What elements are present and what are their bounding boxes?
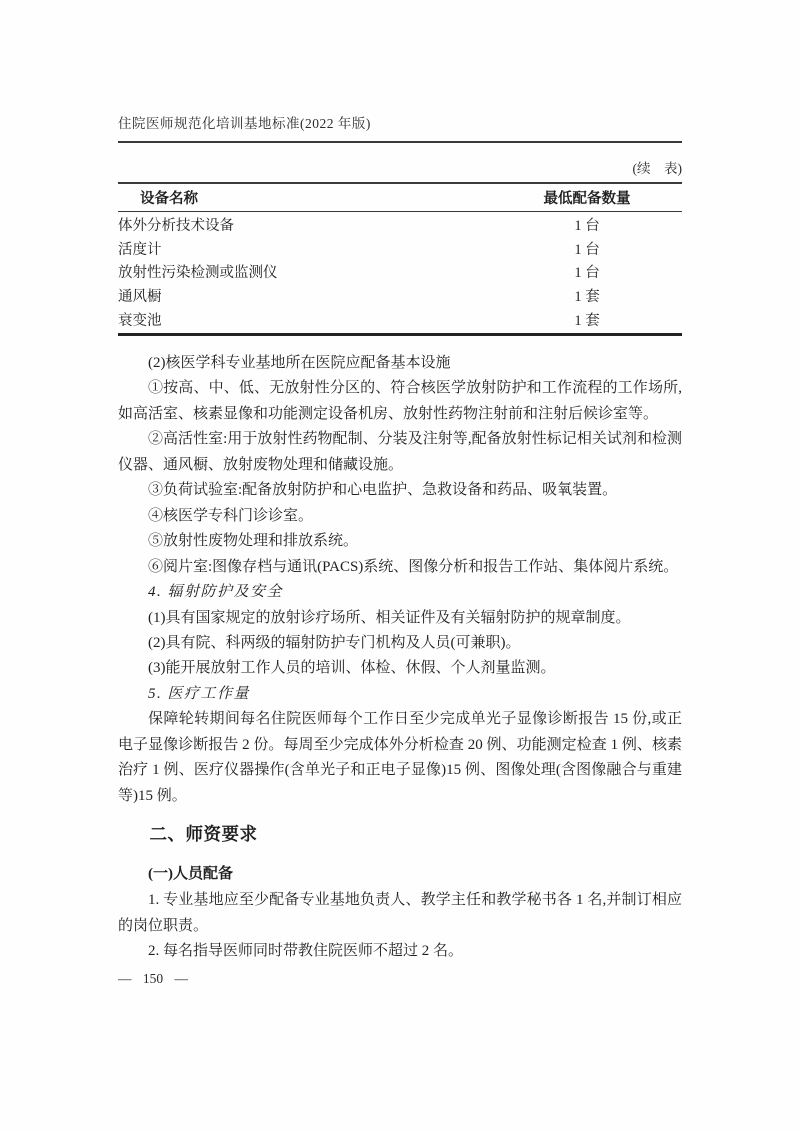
circled-list-item: ③负荷试验室:配备放射防护和心电监护、急救设备和药品、吸氧装置。	[118, 478, 682, 503]
device-name-cell: 活度计	[118, 238, 492, 259]
paragraph: (2)核医学科专业基地所在医院应配备基本设施	[118, 351, 682, 376]
circled-list-item: ⑥阅片室:图像存档与通讯(PACS)系统、图像分析和报告工作站、集体阅片系统。	[118, 555, 682, 580]
column-header-device-name: 设备名称	[118, 187, 492, 208]
table-continuation-note: (续 表)	[633, 157, 683, 177]
circled-list-item: ⑤放射性废物处理和排放系统。	[118, 529, 682, 554]
table-row: 放射性污染检测或监测仪 1 台	[118, 260, 682, 284]
device-quantity-cell: 1 套	[492, 309, 682, 330]
device-name-cell: 衰变池	[118, 309, 492, 330]
section-heading-faculty-requirements: 二、师资要求	[118, 822, 682, 847]
device-quantity-cell: 1 套	[492, 285, 682, 306]
document-page: 住院医师规范化培训基地标准(2022 年版) (续 表) 设备名称 最低配备数量…	[0, 0, 800, 1131]
circled-list-item: ②高活性室:用于放射性药物配制、分装及注射等,配备放射性标记相关试剂和检测仪器、…	[118, 427, 682, 478]
paragraph: 保障轮转期间每名住院医师每个工作日至少完成单光子显像诊断报告 15 份,或正电子…	[118, 707, 682, 809]
circled-list-item: ①按高、中、低、无放射性分区的、符合核医学放射防护和工作流程的工作场所,如高活室…	[118, 376, 682, 427]
table-row: 体外分析技术设备 1 台	[118, 213, 682, 237]
circled-list-item: ④核医学专科门诊诊室。	[118, 504, 682, 529]
equipment-table: 设备名称 最低配备数量 体外分析技术设备 1 台 活度计 1 台 放射性污染检测…	[118, 182, 682, 336]
body-content: (2)核医学科专业基地所在医院应配备基本设施 ①按高、中、低、无放射性分区的、符…	[118, 351, 682, 964]
numbered-list-item: (2)具有院、科两级的辐射防护专门机构及人员(可兼职)。	[118, 631, 682, 656]
device-name-cell: 体外分析技术设备	[118, 214, 492, 235]
numbered-heading-medical-workload: 5. 医疗工作量	[118, 682, 682, 707]
device-name-cell: 通风橱	[118, 285, 492, 306]
numbered-list-item: 2. 每名指导医师同时带教住院医师不超过 2 名。	[118, 939, 682, 964]
device-quantity-cell: 1 台	[492, 238, 682, 259]
device-quantity-cell: 1 台	[492, 214, 682, 235]
numbered-list-item: (3)能开展放射工作人员的培训、体检、休假、个人剂量监测。	[118, 656, 682, 681]
table-row: 衰变池 1 套	[118, 307, 682, 331]
table-header-row: 设备名称 最低配备数量	[118, 184, 682, 212]
running-header: 住院医师规范化培训基地标准(2022 年版)	[118, 112, 682, 143]
column-header-minimum-quantity: 最低配备数量	[492, 187, 682, 208]
numbered-list-item: 1. 专业基地应至少配备专业基地负责人、教学主任和教学秘书各 1 名,并制订相应…	[118, 888, 682, 939]
table-row: 通风橱 1 套	[118, 284, 682, 308]
device-name-cell: 放射性污染检测或监测仪	[118, 261, 492, 282]
page-number: — 150 —	[118, 971, 188, 987]
numbered-list-item: (1)具有国家规定的放射诊疗场所、相关证件及有关辐射防护的规章制度。	[118, 606, 682, 631]
numbered-heading-radiation-safety: 4. 辐射防护及安全	[118, 580, 682, 605]
subsection-heading-staffing: (一)人员配备	[118, 862, 682, 887]
device-quantity-cell: 1 台	[492, 261, 682, 282]
table-body: 体外分析技术设备 1 台 活度计 1 台 放射性污染检测或监测仪 1 台 通风橱…	[118, 212, 682, 333]
table-row: 活度计 1 台	[118, 237, 682, 261]
